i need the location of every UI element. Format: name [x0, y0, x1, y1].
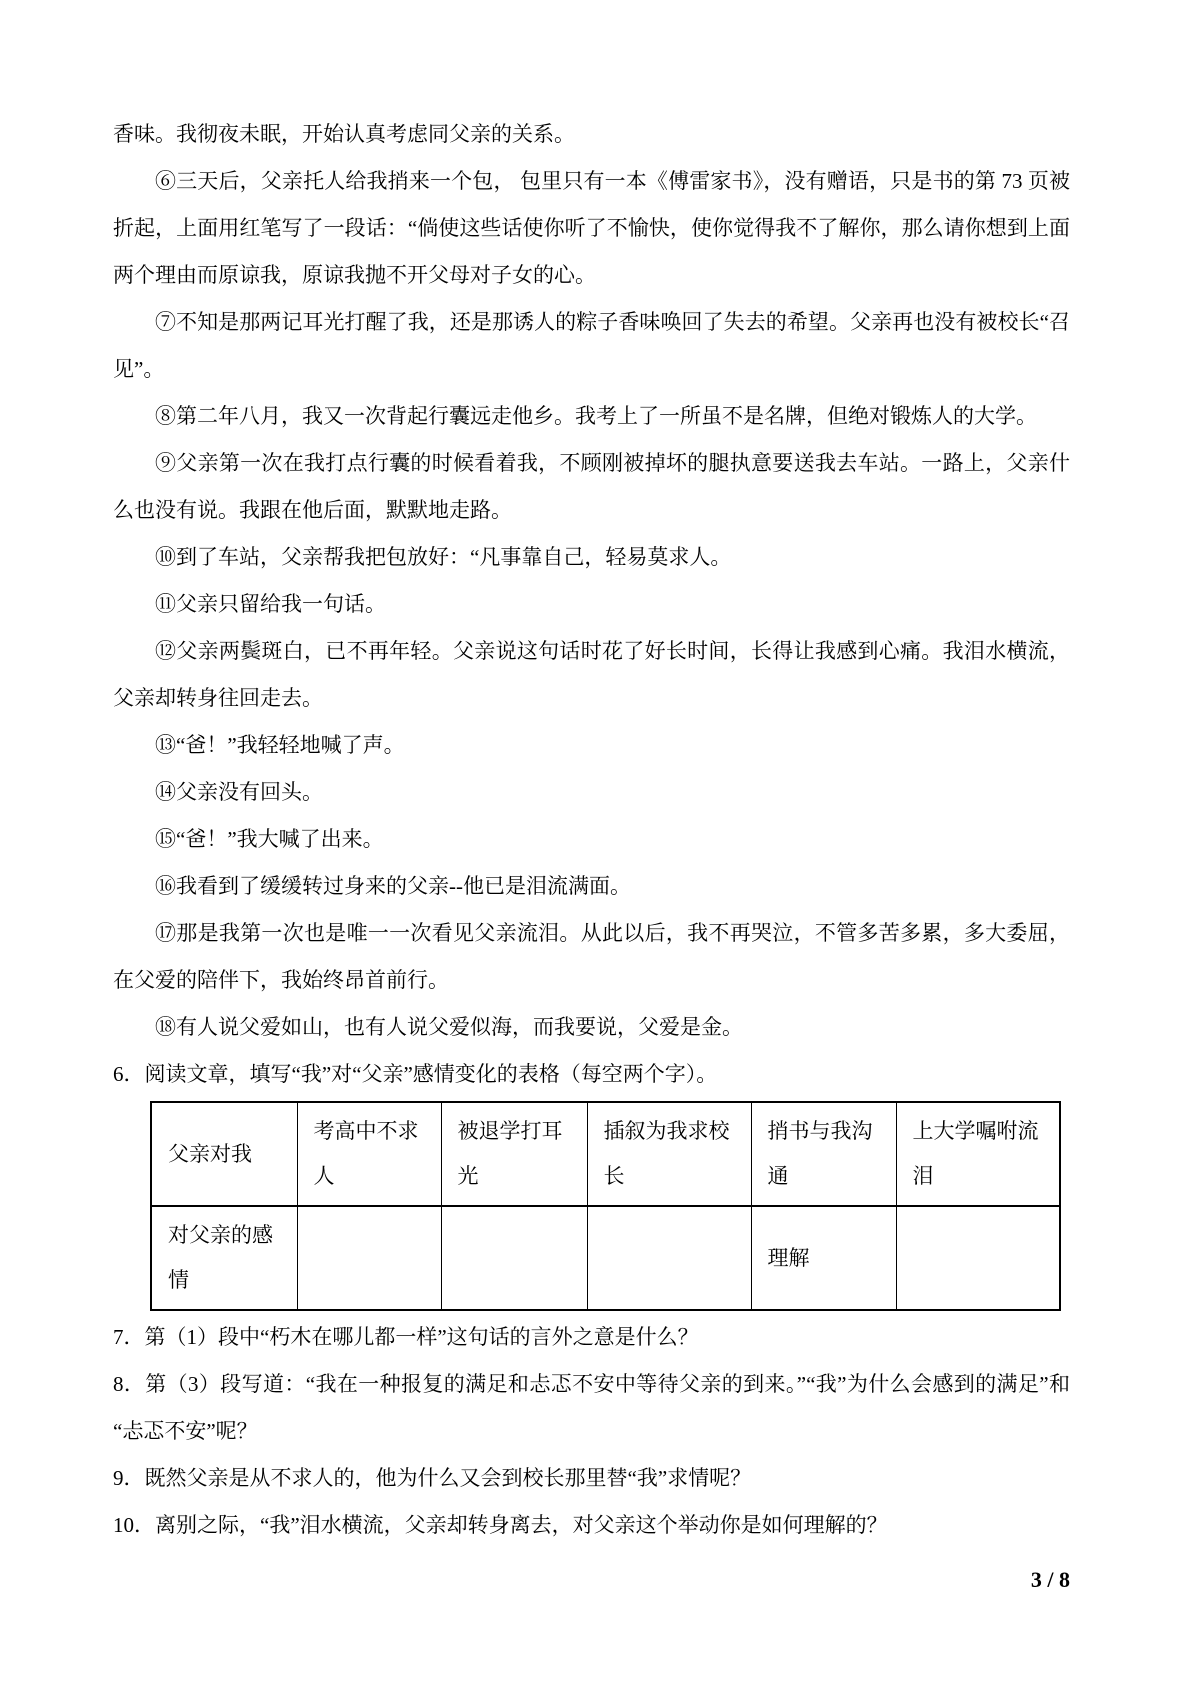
question-7: 7．第（1）段中“朽木在哪儿都一样”这句话的言外之意是什么？ [113, 1314, 1070, 1361]
table-row-feelings: 对父亲的感情 理解 [151, 1206, 1060, 1310]
document-page: 香味。我彻夜未眠，开始认真考虑同父亲的关系。 ⑥三天后，父亲托人给我捎来一个包，… [0, 0, 1191, 1684]
table-cell-feeling-1-blank [297, 1206, 441, 1310]
table-cell-feeling-2-blank [441, 1206, 587, 1310]
article-paragraph-12: ⑫父亲两鬓斑白，已不再年轻。父亲说这句话时花了好长时间，长得让我感到心痛。我泪水… [113, 628, 1070, 722]
article-paragraph-14: ⑭父亲没有回头。 [113, 769, 1070, 816]
table-cell-row-label: 父亲对我 [151, 1102, 297, 1206]
question-8: 8．第（3）段写道：“我在一种报复的满足和忐忑不安中等待父亲的到来。”“我”为什… [113, 1361, 1070, 1455]
article-paragraph-6: ⑥三天后，父亲托人给我捎来一个包， 包里只有一本《傅雷家书》，没有赠语，只是书的… [113, 158, 1070, 299]
question-6: 6．阅读文章，填写“我”对“父亲”感情变化的表格（每空两个字）。 [113, 1051, 1070, 1098]
article-paragraph-17: ⑰那是我第一次也是唯一一次看见父亲流泪。从此以后，我不再哭泣，不管多苦多累，多大… [113, 910, 1070, 1004]
table-cell-event-5: 上大学嘱咐流泪 [896, 1102, 1060, 1206]
article-paragraph-9: ⑨父亲第一次在我打点行囊的时候看着我，不顾刚被掉坏的腿执意要送我去车站。一路上，… [113, 440, 1070, 534]
article-paragraph-16: ⑯我看到了缓缓转过身来的父亲--他已是泪流满面。 [113, 863, 1070, 910]
table-cell-event-4: 捎书与我沟通 [751, 1102, 896, 1206]
question-9: 9．既然父亲是从不求人的，他为什么又会到校长那里替“我”求情呢？ [113, 1455, 1070, 1502]
page-content: 香味。我彻夜未眠，开始认真考虑同父亲的关系。 ⑥三天后，父亲托人给我捎来一个包，… [0, 0, 1191, 1603]
table-cell-event-2: 被退学打耳光 [441, 1102, 587, 1206]
article-paragraph-continuation: 香味。我彻夜未眠，开始认真考虑同父亲的关系。 [113, 111, 1070, 158]
article-paragraph-7: ⑦不知是那两记耳光打醒了我，还是那诱人的粽子香味唤回了失去的希望。父亲再也没有被… [113, 299, 1070, 393]
table-row-events: 父亲对我 考高中不求人 被退学打耳光 插叙为我求校长 捎书与我沟通 上大学嘱咐流… [151, 1102, 1060, 1206]
table-cell-event-1: 考高中不求人 [297, 1102, 441, 1206]
article-paragraph-10: ⑩到了车站，父亲帮我把包放好：“凡事靠自己，轻易莫求人。 [113, 534, 1070, 581]
table-cell-feeling-5-blank [896, 1206, 1060, 1310]
table-cell-feeling-4: 理解 [751, 1206, 896, 1310]
article-paragraph-18: ⑱有人说父爱如山，也有人说父爱似海，而我要说，父爱是金。 [113, 1004, 1070, 1051]
table-cell-feelings-label: 对父亲的感情 [151, 1206, 297, 1310]
article-paragraph-11: ⑪父亲只留给我一句话。 [113, 581, 1070, 628]
table-cell-event-3: 插叙为我求校长 [587, 1102, 751, 1206]
article-paragraph-13: ⑬“爸！”我轻轻地喊了声。 [113, 722, 1070, 769]
article-paragraph-15: ⑮“爸！”我大喊了出来。 [113, 816, 1070, 863]
article-paragraph-8: ⑧第二年八月，我又一次背起行囊远走他乡。我考上了一所虽不是名牌，但绝对锻炼人的大… [113, 393, 1070, 440]
page-number: 3 / 8 [113, 1556, 1070, 1603]
emotion-table: 父亲对我 考高中不求人 被退学打耳光 插叙为我求校长 捎书与我沟通 上大学嘱咐流… [150, 1101, 1061, 1311]
table-cell-feeling-3-blank [587, 1206, 751, 1310]
question-10: 10．离别之际，“我”泪水横流，父亲却转身离去，对父亲这个举动你是如何理解的？ [113, 1502, 1070, 1549]
